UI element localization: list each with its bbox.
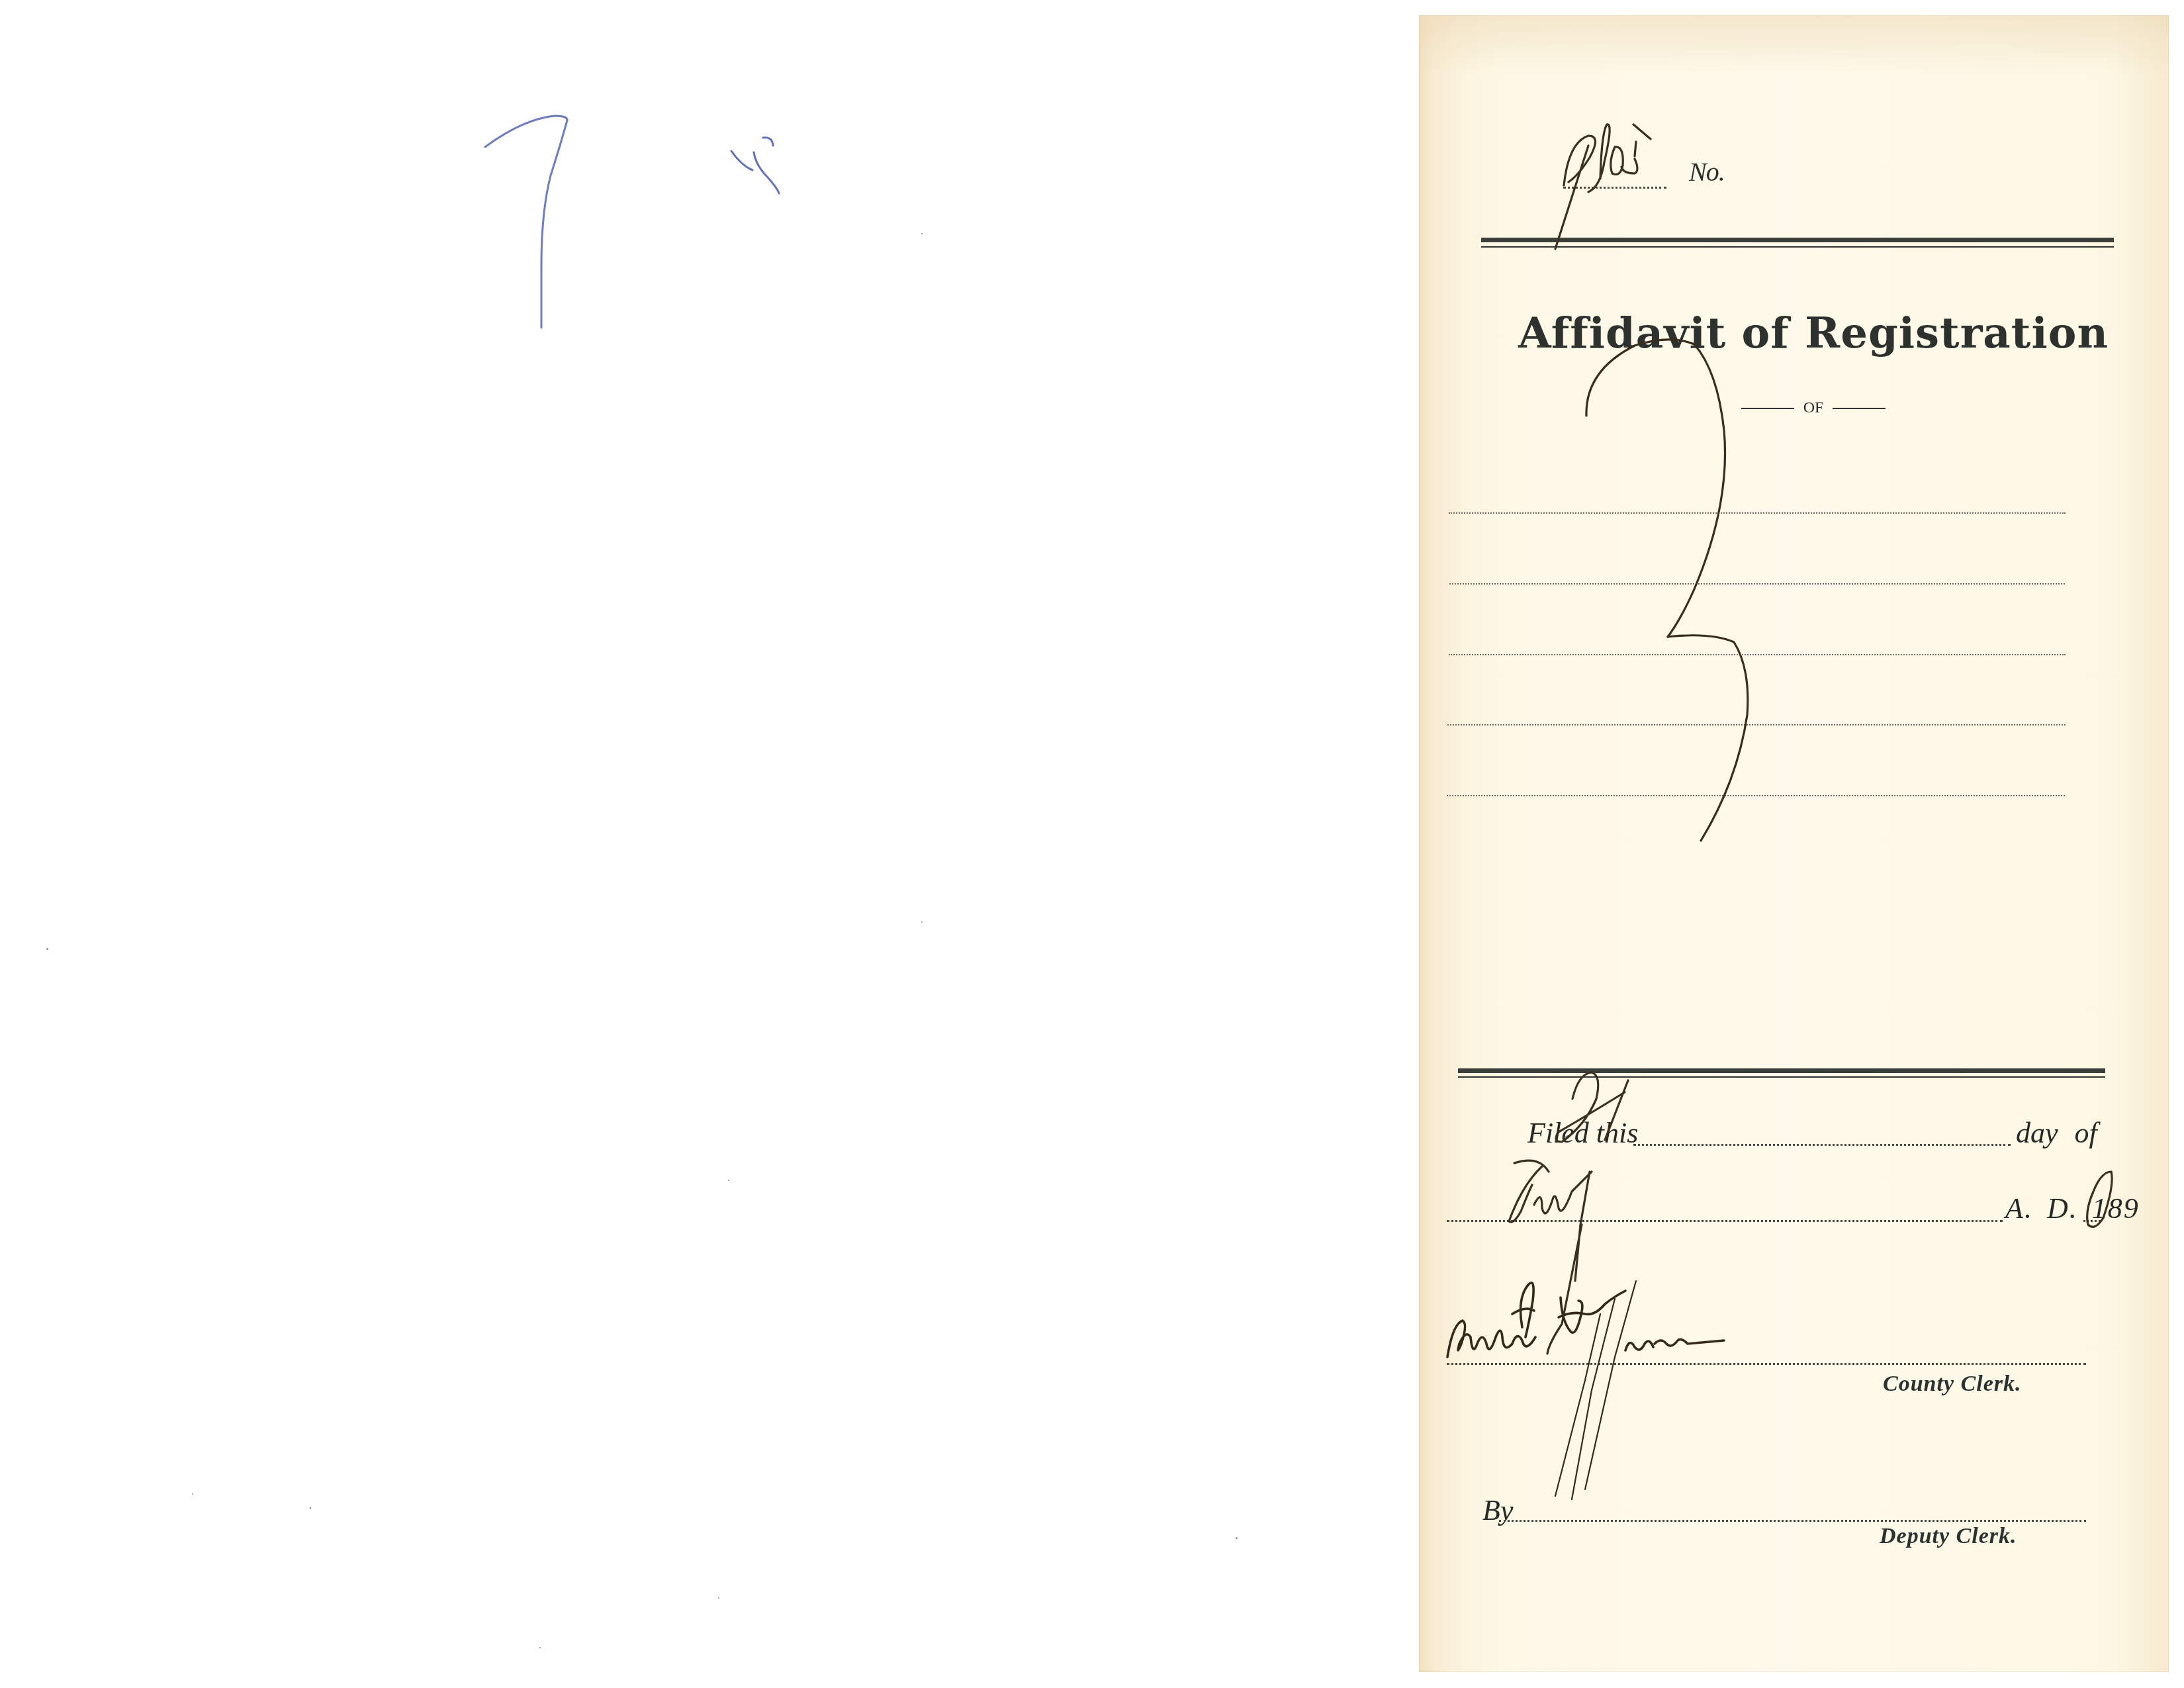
bottom-rule-thin xyxy=(1458,1076,2105,1078)
paper-speck xyxy=(728,1180,729,1181)
of-label: OF xyxy=(1803,399,1824,417)
filed-month-line[interactable] xyxy=(1447,1220,2003,1222)
county-clerk-label: County Clerk. xyxy=(1883,1372,2021,1397)
left-blank-page xyxy=(0,0,1416,1688)
year-prefix-label: A. D. 189 xyxy=(2005,1192,2140,1225)
deputy-clerk-label: Deputy Clerk. xyxy=(1880,1524,2017,1549)
top-rule-thick xyxy=(1481,238,2114,242)
deputy-clerk-signature-line[interactable] xyxy=(1499,1520,2086,1522)
paper-speck xyxy=(921,921,923,923)
document-title: Affidavit of Registration xyxy=(1482,308,2144,358)
bottom-rule-thick xyxy=(1458,1068,2105,1073)
name-line-5[interactable] xyxy=(1447,795,2065,796)
paper-speck xyxy=(718,1597,719,1599)
paper-speck xyxy=(1236,1537,1238,1539)
of-dash-right xyxy=(1833,408,1886,409)
name-line-3[interactable] xyxy=(1449,654,2066,655)
name-line-4[interactable] xyxy=(1447,724,2066,726)
year-suffix-line[interactable] xyxy=(2083,1220,2101,1222)
county-clerk-signature-line[interactable] xyxy=(1447,1363,2086,1365)
of-dash-left xyxy=(1741,408,1794,409)
paper-speck xyxy=(192,1493,193,1495)
filed-this-label: Filed this xyxy=(1527,1116,1638,1150)
top-rule-thin xyxy=(1481,246,2114,248)
number-label: No. xyxy=(1689,156,1725,187)
paper-speck xyxy=(539,1647,541,1648)
name-line-1[interactable] xyxy=(1449,512,2066,514)
filed-day-line[interactable] xyxy=(1633,1144,2011,1146)
day-of-label: day of xyxy=(2016,1116,2097,1150)
name-line-2[interactable] xyxy=(1449,583,2065,585)
by-label: By xyxy=(1482,1493,1513,1527)
paper-speck xyxy=(310,1507,311,1509)
paper-speck xyxy=(46,948,48,950)
number-dotted-line xyxy=(1563,187,1666,189)
paper-speck xyxy=(921,233,923,234)
affidavit-document xyxy=(1419,15,2169,1672)
of-separator: OF xyxy=(1681,399,1946,417)
